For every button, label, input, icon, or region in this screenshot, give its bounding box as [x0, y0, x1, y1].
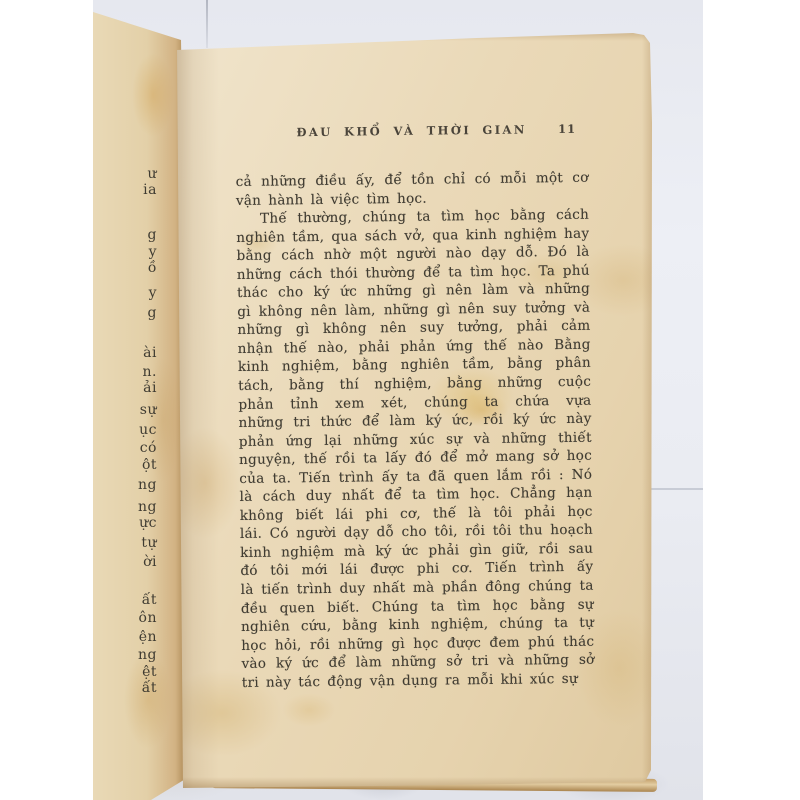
left-page-text-fragment: có — [117, 440, 157, 456]
book-page: ĐAU KHỔ VÀ THỜI GIAN 11 cả những điều ấy… — [177, 28, 657, 790]
left-page-text-fragment: ột — [117, 457, 157, 473]
page-body: cả những điều ấy, để tồn chỉ có mỗi một … — [236, 169, 595, 693]
left-page-text-fragment: y — [117, 285, 157, 301]
running-title: ĐAU KHỔ VÀ THỜI GIAN — [296, 122, 526, 139]
left-page-text-fragment: ng — [117, 499, 157, 515]
book-left-page: ưiagyồygàin.ảisựụccóộtngngựctựờiấtônệnng… — [93, 0, 191, 800]
left-page-text-fragment: ện — [117, 629, 157, 645]
left-page-text-fragment: y — [117, 244, 157, 260]
left-page-text-fragment: ệt — [117, 664, 157, 680]
backdrop-crease — [206, 0, 208, 48]
page-number: 11 — [558, 122, 576, 136]
left-page-text-fragment: ia — [117, 182, 157, 198]
left-page-text-fragment: ng — [117, 647, 157, 663]
left-page-text-fragment: ng — [117, 477, 157, 493]
left-page-text-fragment: ất — [117, 680, 157, 696]
left-page-text-fragment: n. — [117, 364, 157, 380]
left-page-text-fragment: g — [117, 305, 157, 321]
left-page-text-fragment: g — [117, 227, 157, 243]
running-head: ĐAU KHỔ VÀ THỜI GIAN 11 — [235, 122, 588, 142]
paragraph: Thế thường, chúng ta tìm học bằng cáchng… — [236, 206, 595, 692]
left-page-text-fragment: sự — [117, 402, 157, 418]
page-content: ĐAU KHỔ VÀ THỜI GIAN 11 cả những điều ấy… — [235, 122, 595, 693]
book-photo: ưiagyồygàin.ảisựụccóộtngngựctựờiấtônệnng… — [93, 0, 703, 800]
left-page-text-fragment: ời — [117, 554, 157, 570]
paragraph: cả những điều ấy, để tồn chỉ có mỗi một … — [236, 169, 589, 210]
body-line: tri này tác động vận dụng ra mỗi khi xúc… — [242, 669, 595, 692]
left-page-text-fragment: tự — [117, 535, 157, 551]
left-page-text-fragment: ồ — [117, 260, 157, 276]
left-page-text-fragment: ôn — [117, 610, 157, 626]
left-page-text-fragment: ực — [117, 515, 157, 531]
left-page-text-fragment: ất — [117, 592, 157, 608]
left-page-text-fragment: ài — [117, 345, 157, 361]
left-page-text-fragment: ư — [117, 166, 157, 182]
left-page-text-fragment: ải — [117, 380, 157, 396]
left-page-text-fragment: ục — [117, 422, 157, 438]
